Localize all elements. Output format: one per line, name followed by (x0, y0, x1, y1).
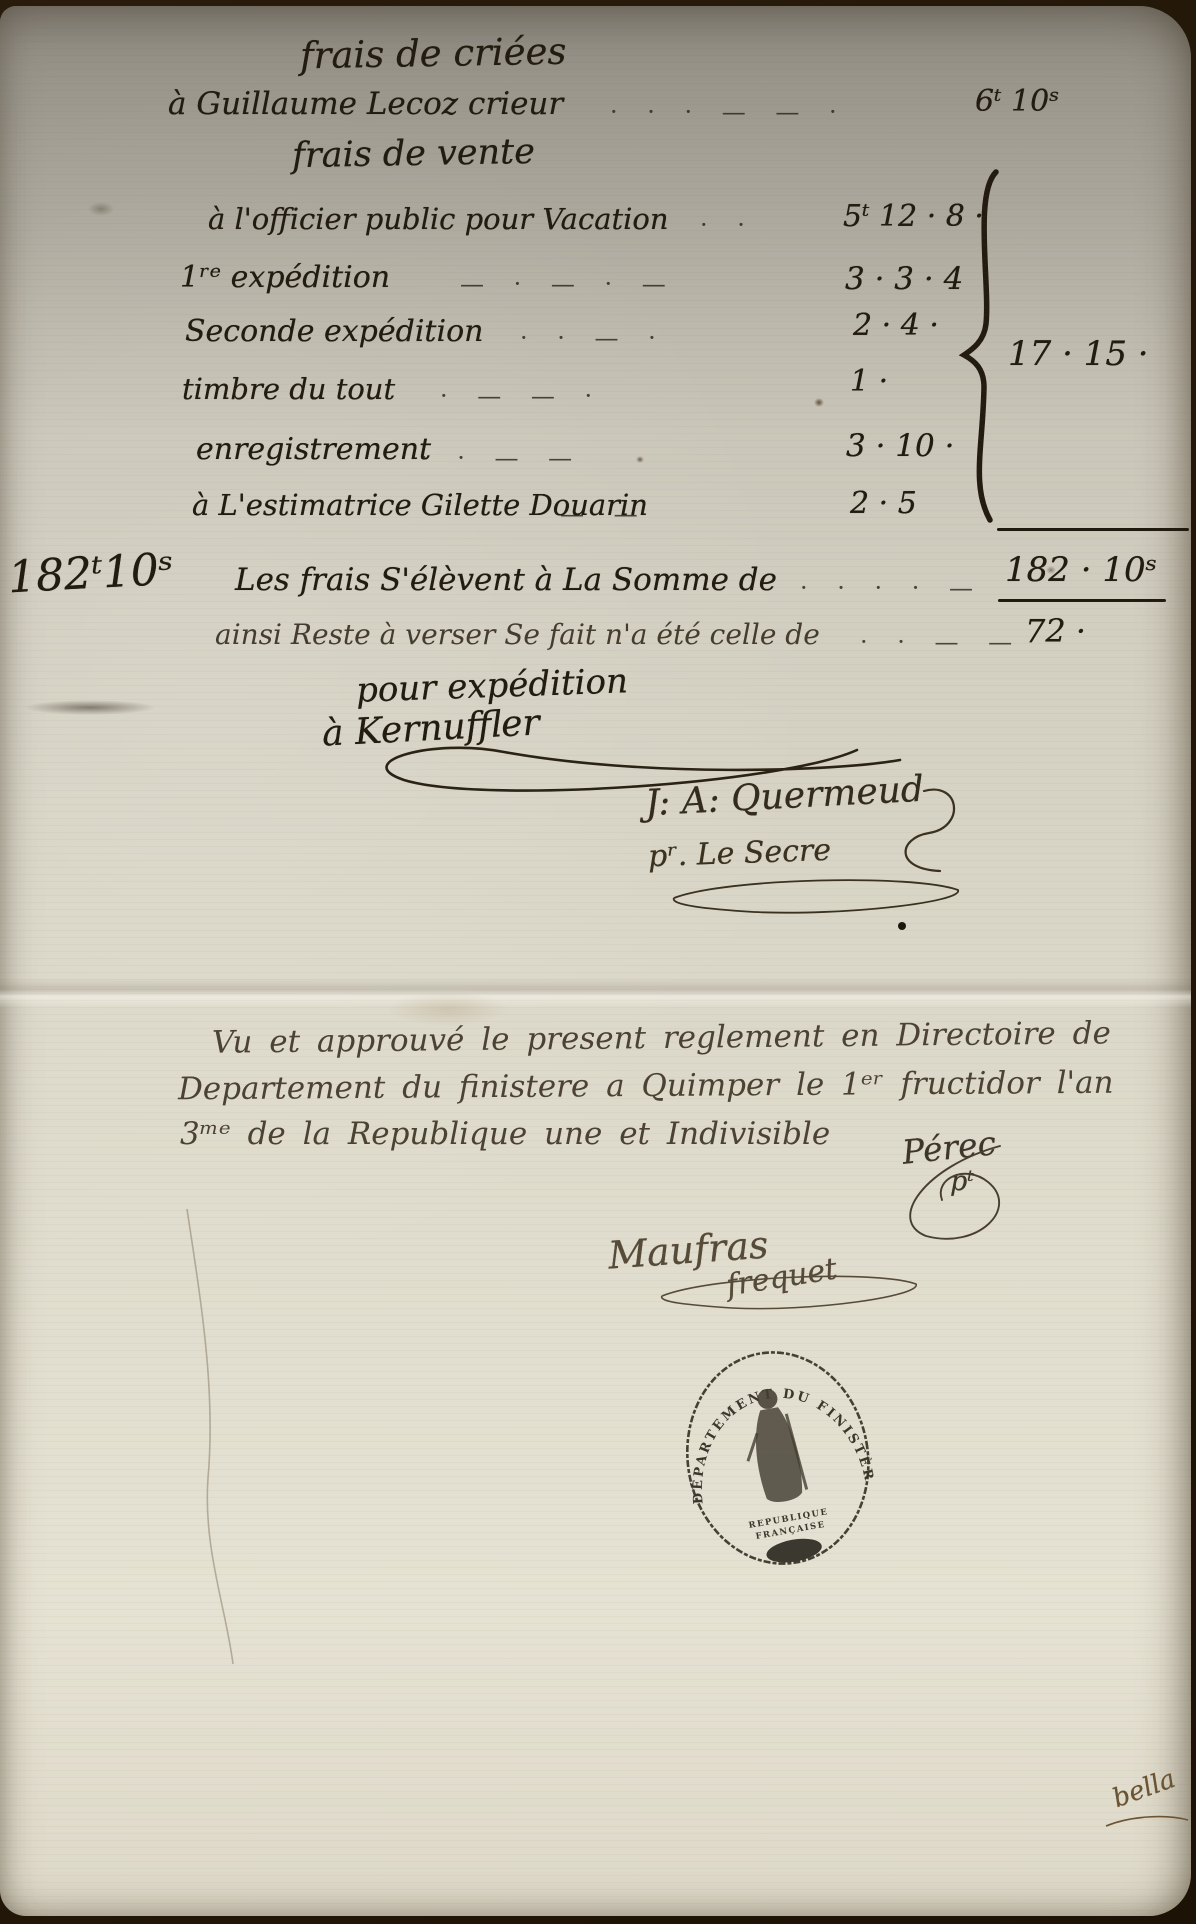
paper-sheet: frais de criées à Guillaume Lecoz crieur… (0, 6, 1191, 1916)
manuscript-photo: frais de criées à Guillaume Lecoz crieur… (0, 0, 1196, 1924)
paper-crease-line (0, 6, 1196, 1916)
